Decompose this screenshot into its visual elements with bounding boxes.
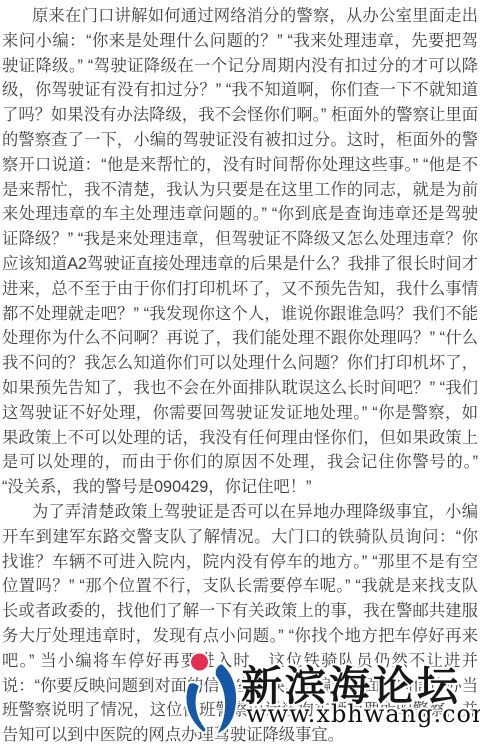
article-paragraph-1: 原来在门口讲解如何通过网络消分的警察，从办公室里面走出来问小编：“你来是处理什么… — [2, 4, 478, 500]
article-paragraph-2: 为了弄清楚政策上驾驶证是否可以在异地办理降级事宜，小编开车到建军东路交警支队了解… — [2, 500, 478, 748]
article-body: 原来在门口讲解如何通过网络消分的警察，从办公室里面走出来问小编：“你来是处理什么… — [0, 0, 480, 748]
